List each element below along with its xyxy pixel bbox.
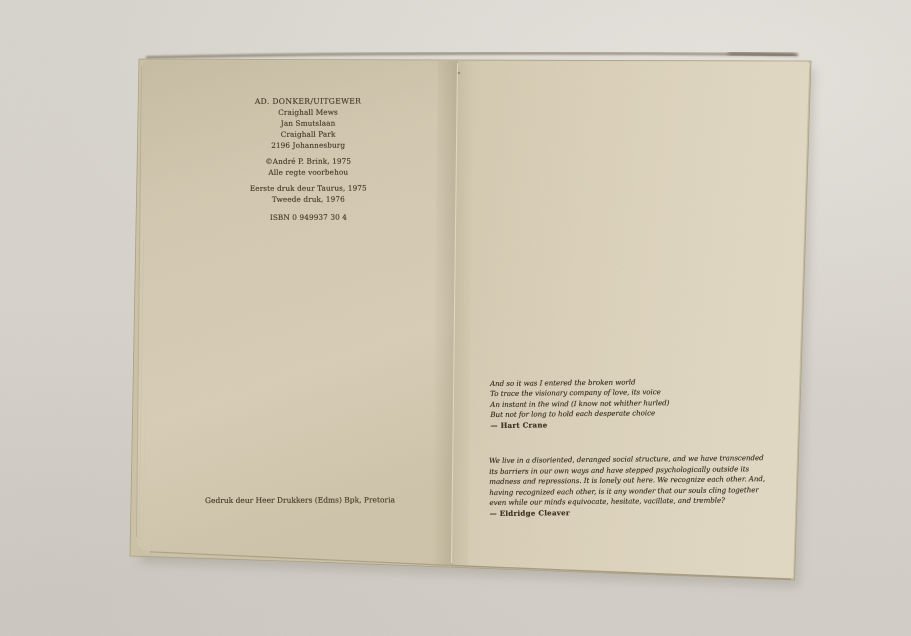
publisher-address-line: Jan Smutslaan <box>228 117 388 129</box>
publisher-address-line: Craighall Park <box>228 128 388 140</box>
epigraph-attribution: — Eldridge Cleaver <box>490 506 766 519</box>
edition-line: Eerste druk deur Taurus, 1975 <box>228 182 388 194</box>
edition-line: Tweede druk, 1976 <box>228 193 388 205</box>
imprint-block: AD. DONKER/UITGEWER Craighall Mews Jan S… <box>228 95 388 223</box>
isbn-line: ISBN 0 949937 30 4 <box>228 211 388 223</box>
rights-line: Alle regte voorbehou <box>228 166 388 178</box>
photo-scene: AD. DONKER/UITGEWER Craighall Mews Jan S… <box>0 0 911 636</box>
printer-line: Gedruk deur Heer Drukkers (Edms) Bpk, Pr… <box>205 495 387 505</box>
publisher-address-line: Craighall Mews <box>228 106 388 118</box>
epigraph-hart-crane: And so it was I entered the broken world… <box>490 377 670 431</box>
epigraph-line: But not for long to hold each desperate … <box>490 408 669 420</box>
epigraph-eldridge-cleaver: We live in a disoriented, deranged socia… <box>489 453 765 519</box>
epigraph-attribution: — Hart Crane <box>490 419 669 431</box>
publisher-address-line: 2196 Johannesburg <box>228 139 388 151</box>
copyright-line: ©André P. Brink, 1975 <box>228 155 388 167</box>
text-layer: AD. DONKER/UITGEWER Craighall Mews Jan S… <box>0 0 911 636</box>
publisher-name: AD. DONKER/UITGEWER <box>228 95 388 107</box>
